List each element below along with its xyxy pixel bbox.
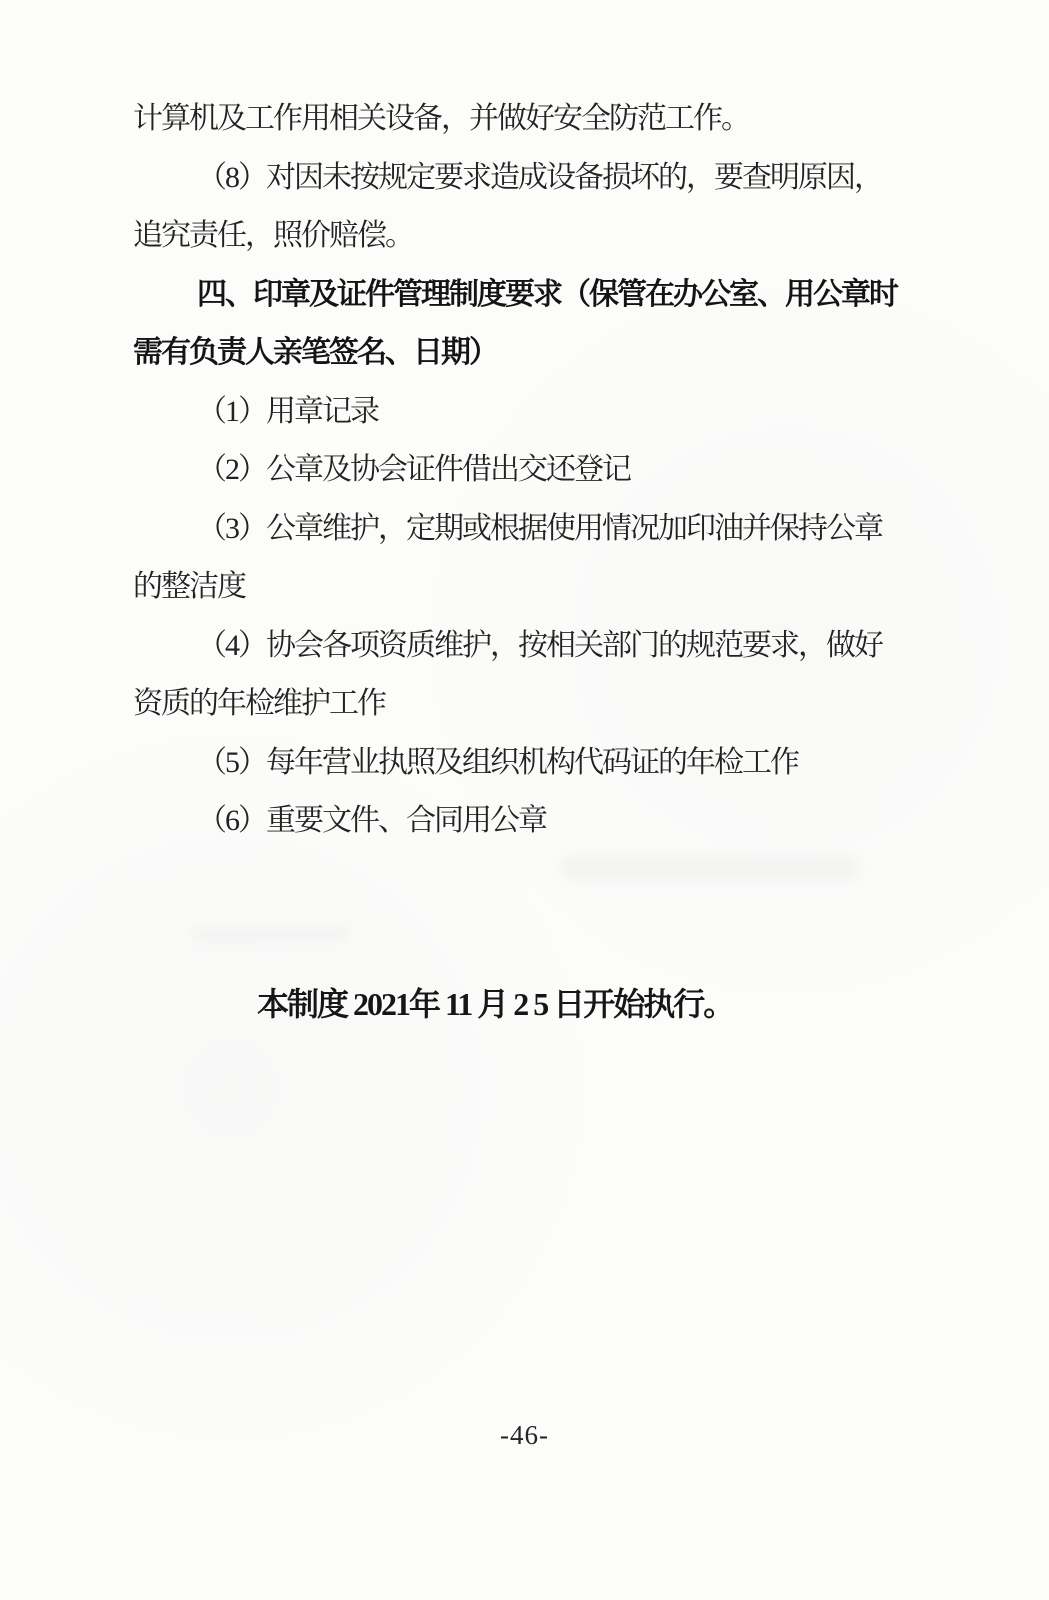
text-line: 追究责任，照价赔偿。 — [133, 207, 989, 266]
text-line: （2）公章及协会证件借出交还登记 — [133, 441, 989, 500]
document-page: 计算机及工作用相关设备，并做好安全防范工作。（8）对因未按规定要求造成设备损坏的… — [0, 0, 1049, 1600]
text-line: （1）用章记录 — [133, 383, 989, 442]
text-line: 的整洁度 — [133, 558, 989, 617]
page-number: -46- — [0, 1420, 1049, 1451]
text-line: 资质的年检维护工作 — [133, 675, 989, 734]
text-line: （8）对因未按规定要求造成设备损坏的，要查明原因， — [133, 149, 989, 208]
heading-line: 需有负责人亲笔签名、日期） — [133, 324, 989, 383]
text-block: 计算机及工作用相关设备，并做好安全防范工作。（8）对因未按规定要求造成设备损坏的… — [133, 90, 989, 1033]
heading-line: 四、印章及证件管理制度要求（保管在办公室、用公章时 — [133, 266, 989, 325]
text-line: 计算机及工作用相关设备，并做好安全防范工作。 — [133, 90, 989, 149]
text-line: （4）协会各项资质维护，按相关部门的规范要求，做好 — [133, 617, 989, 676]
effective-date-line: 本制度 2021年 11 月 2 5 日开始执行。 — [133, 975, 989, 1034]
text-line: （6）重要文件、合同用公章 — [133, 792, 989, 851]
text-line: （3）公章维护，定期或根据使用情况加印油并保持公章 — [133, 500, 989, 559]
text-line: （5）每年营业执照及组织机构代码证的年检工作 — [133, 734, 989, 793]
